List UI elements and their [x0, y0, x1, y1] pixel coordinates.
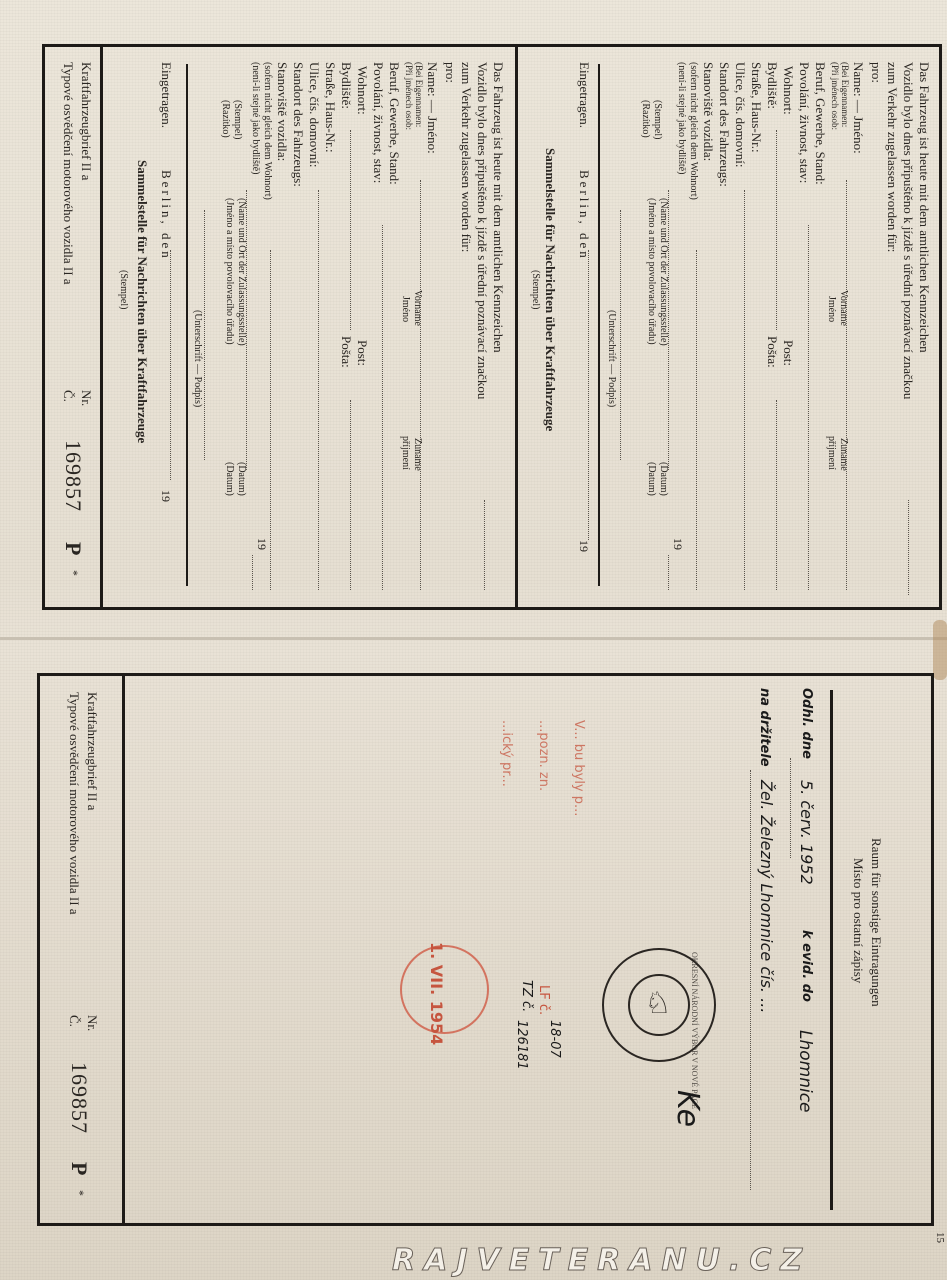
bottom-asterisk: *	[74, 1190, 86, 1196]
entry1-name-field[interactable]	[846, 180, 847, 590]
entry1-pro: pro:	[870, 62, 883, 83]
plate-number-field[interactable]	[908, 500, 909, 595]
section-title-de: Raum für sonstige Eintragungen	[870, 838, 883, 1007]
top-c-label: Č.	[62, 390, 75, 402]
entry2-stempel: (Stempel)	[232, 100, 242, 139]
bottom-series-letter: P	[68, 1162, 90, 1176]
entry2-wohnort: Wohnort:	[356, 66, 369, 115]
entry2-plate-number-field[interactable]	[484, 500, 485, 590]
entry1-stanoviste: Stanoviště vozidla:	[702, 62, 715, 161]
top-nr-label: Nr.	[80, 390, 93, 406]
entry2-residence-field[interactable]	[350, 130, 351, 330]
odhl-label: Odhl. dne	[800, 688, 813, 759]
entry2-datum1: (Datum)	[236, 462, 246, 496]
entry1-signature-field[interactable]	[620, 210, 621, 460]
entry1-intro-cz: Vozidlo bylo dnes připuštěno k jízdě s ú…	[902, 62, 915, 399]
top-header-divider	[100, 44, 103, 610]
entry1-vorname: Vorname	[838, 290, 848, 326]
entry2-bydliste: Bydliště:	[340, 62, 353, 109]
entry1-eigen-cz: (Při jménech osob:	[830, 62, 839, 130]
entry2-sofern: (sofern nicht gleich dem Wohnort)	[262, 62, 272, 200]
red-stamp-line1: V... bu byly p...	[572, 720, 585, 816]
evid-label: k evid. do	[800, 930, 813, 1002]
entry1-strasse: Straße, Haus-Nr.:	[750, 62, 763, 153]
top-serial-number: 169857	[62, 440, 84, 512]
red-stamp-date: 1. VII. 1954	[428, 942, 444, 1045]
drzitele-label: na držitele	[758, 688, 771, 767]
entry1-post-field[interactable]	[776, 400, 777, 590]
bottom-header-line2: Typové osvědčení motorového vozidla II a	[68, 692, 81, 915]
entry1-beruf: Beruf, Gewerbe, Stand:	[814, 62, 827, 185]
lf-value: 18-07	[548, 1020, 561, 1058]
entry2-pro: pro:	[444, 62, 457, 83]
entry2-datum2: (Datum)	[224, 462, 234, 496]
entry2-standort: Standort des Fahrzeugs:	[292, 62, 305, 187]
entry1-prijmeni: příjmení	[826, 436, 836, 470]
page-fold	[0, 637, 947, 640]
entry2-date-field[interactable]	[252, 555, 253, 590]
entry1-eigen-de: (Bei Eigennamen:	[840, 62, 849, 127]
entry1-berlin: Berlin, den	[578, 170, 591, 261]
section-title-cz: Místo pro ostatní zápisy	[852, 858, 865, 983]
entry2-neni: (není-li stejné jako bydliště)	[250, 62, 260, 174]
entry2-zulassung-cz: (Jméno a místo povolovacího úřadu)	[224, 198, 234, 345]
bottom-serial-number: 169857	[68, 1062, 90, 1134]
lf-label: LF č.	[537, 985, 550, 1015]
entry1-stempel2: (Stempel)	[530, 270, 540, 309]
entry2-post-field[interactable]	[350, 400, 351, 590]
entry2-berlin-date-field[interactable]	[170, 250, 171, 480]
entry1-stempel: (Stempel)	[652, 100, 662, 139]
entry1-razitko: (Razítko)	[640, 100, 650, 138]
entry2-strasse: Straße, Haus-Nr.:	[324, 62, 337, 153]
entry1-residence-field[interactable]	[776, 130, 777, 330]
red-stamp-line2: ...pozn. zn.	[537, 720, 550, 791]
entry2-ulice: Ulice, čís. domovní:	[308, 62, 321, 167]
entry1-zulassung-de: (Name und Ort der Zulassungsstelle)	[658, 198, 668, 346]
entry2-povolani: Povolání, živnost, stav:	[372, 62, 385, 183]
page-number: 15	[934, 1232, 946, 1243]
entry2-prijmeni: příjmení	[400, 436, 410, 470]
top-series-letter: P	[62, 542, 84, 556]
entry2-separator	[186, 64, 188, 586]
entry2-stempel2: (Stempel)	[118, 270, 128, 309]
odhl-date-value: 5. červ. 1952	[798, 780, 814, 885]
entry2-stanoviste: Stanoviště vozidla:	[276, 62, 289, 161]
bottom-header-line1: Kraftfahrzeugbrief II a	[86, 692, 99, 810]
drzitele-line[interactable]	[750, 770, 751, 1190]
red-stamp-line3: ...ický pr...	[500, 720, 513, 787]
entry1-ulice: Ulice, čís. domovní:	[734, 62, 747, 167]
entry2-unterschrift: (Unterschrift — Podpis)	[192, 310, 202, 407]
entry1-location-field[interactable]	[696, 250, 697, 590]
official-stamp-text: OKRESNÍ NÁRODNÍ VÝBOR V NOVÉ PACE	[690, 952, 698, 1109]
entry2-vorname: Vorname	[412, 290, 422, 326]
entry1-year-prefix: 19	[672, 538, 684, 550]
entry1-bydliste: Bydliště:	[766, 62, 779, 109]
entry1-berlin-date-field[interactable]	[588, 250, 589, 540]
tz-label: TZ č.	[520, 980, 533, 1012]
entry1-eingetragen: Eingetragen.	[578, 62, 591, 128]
entry2-signature-field[interactable]	[204, 210, 205, 460]
entry2-berlin: Berlin, den	[160, 170, 173, 261]
odhl-date-line[interactable]	[790, 758, 791, 858]
entry1-sofern: (sofern nicht gleich dem Wohnort)	[688, 62, 698, 200]
entry2-jmeno: Jméno	[400, 296, 410, 322]
entry1-name-label: Name: — Jméno:	[852, 62, 865, 154]
entry1-berlin-year: 19	[578, 540, 590, 552]
entry2-berlin-year: 19	[160, 490, 172, 502]
entry1-datum1: (Datum)	[658, 462, 668, 496]
lion-emblem-icon: ♘	[638, 984, 678, 1024]
entry1-standort: Standort des Fahrzeugs:	[718, 62, 731, 187]
entry1-jmeno: Jméno	[826, 296, 836, 322]
entry1-intro-de2: zum Verkehr zugelassen worden für:	[886, 62, 899, 252]
entry2-eigen-de: (Bei Eigennamen:	[414, 62, 423, 127]
entry2-intro-de: Das Fahrzeug ist heute mit dem amtlichen…	[492, 62, 505, 353]
entry2-zuname: Zuname	[412, 438, 422, 471]
top-header-line2: Typové osvědčení motorového vozidla II a	[62, 62, 75, 285]
entry1-posta: Pošta:	[766, 336, 779, 368]
entry1-unterschrift: (Unterschrift — Podpis)	[606, 310, 616, 407]
bottom-nr-label: Nr.	[86, 1015, 99, 1031]
entry1-datum2: (Datum)	[646, 462, 656, 496]
entry1-occupation-field[interactable]	[808, 225, 809, 590]
entry1-intro-de: Das Fahrzeug ist heute mit dem amtlichen…	[918, 62, 931, 353]
entry2-zulassung-de: (Name und Ort der Zulassungsstelle)	[236, 198, 246, 346]
top-header-line1: Kraftfahrzeugbrief II a	[80, 62, 93, 180]
entry2-razitko: (Razítko)	[220, 100, 230, 138]
top-asterisk: *	[68, 570, 80, 576]
entry2-location-field[interactable]	[270, 250, 271, 590]
entry1-separator	[598, 64, 600, 586]
entry1-post: Post:	[782, 340, 795, 366]
entry1-sammelstelle: Sammelstelle für Nachrichten über Kraftf…	[544, 148, 557, 431]
entry1-zulassung-cz: (Jméno a místo povolovacího úřadu)	[646, 198, 656, 345]
entry1-wohnort: Wohnort:	[782, 66, 795, 115]
entry2-post: Post:	[356, 340, 369, 366]
top-entry-divider	[515, 44, 518, 610]
entry1-povolani: Povolání, živnost, stav:	[798, 62, 811, 183]
bottom-c-label: Č.	[68, 1015, 81, 1027]
entry2-posta: Pošta:	[340, 336, 353, 368]
site-watermark: RAJVETERANU.CZ	[392, 1243, 811, 1278]
entry2-street-field[interactable]	[318, 190, 319, 590]
entry1-neni: (není-li stejné jako bydliště)	[676, 62, 686, 174]
drzitele-value: Žel. Železný Lhomnice čís. ...	[758, 780, 774, 1013]
entry2-name-field[interactable]	[420, 180, 421, 590]
entry2-intro-cz: Vozidlo bylo dnes připuštěno k jízdě s ú…	[476, 62, 489, 399]
entry1-date-field[interactable]	[668, 555, 669, 590]
entry2-sammelstelle: Sammelstelle für Nachrichten über Kraftf…	[136, 160, 149, 443]
entry1-street-field[interactable]	[744, 190, 745, 590]
edge-stain	[933, 620, 947, 680]
entry2-intro-de2: zum Verkehr zugelassen worden für:	[460, 62, 473, 252]
entry1-zuname: Zuname	[838, 438, 848, 471]
entry2-name-label: Name: — Jméno:	[426, 62, 439, 154]
evid-place-value: Lhomnice	[796, 1030, 813, 1113]
bottom-entries-divider	[830, 690, 833, 1210]
entry2-beruf: Beruf, Gewerbe, Stand:	[388, 62, 401, 185]
tz-value: 126181	[515, 1020, 528, 1070]
bottom-header-divider	[122, 673, 125, 1226]
entry2-occupation-field[interactable]	[382, 225, 383, 590]
entry2-eigen-cz: (Při jménech osob:	[404, 62, 413, 130]
entry2-eingetragen: Eingetragen.	[160, 62, 173, 128]
entry2-year-prefix: 19	[256, 538, 268, 550]
